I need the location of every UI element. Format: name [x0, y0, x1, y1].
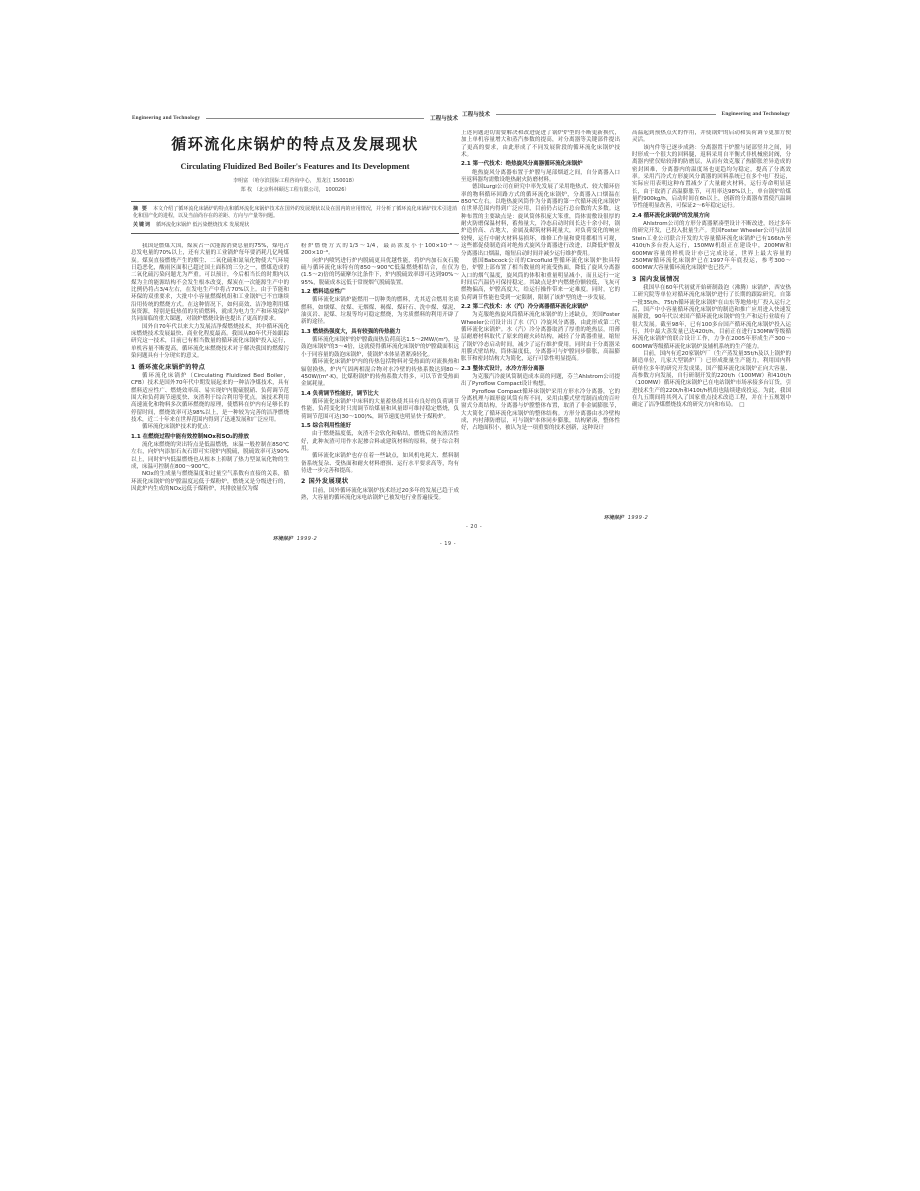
running-header-en: Engineering and Technology [722, 111, 790, 117]
section-heading: 1.1 在燃烧过程中能有效控制NOx和SO₂的排放 [131, 434, 289, 441]
journal-issue: 1999·2 [628, 515, 649, 521]
page-number: - 19 - [440, 541, 456, 547]
keywords-label: 关键词 [133, 222, 151, 228]
article-title: 循环流化床锅炉的特点及发展现状 [130, 133, 460, 154]
abstract-text: 本文介绍了循环流化床锅炉的特点和循环流化床锅炉技术在国外的发展现状以及在国内的应… [133, 206, 457, 220]
body-paragraph: 循环流化床锅炉的炉膛截面热负荷高达1.5～2MW/(m²)，是鼓泡床锅炉的3～4… [301, 337, 459, 359]
page-20: 工程与技术 Engineering and Technology 上述问题迫切需… [460, 105, 792, 543]
body-paragraph: 循环流化床锅炉技术的优点： [131, 424, 289, 431]
section-heading: 2.3 整体式设计，水冷方形分离器 [461, 366, 620, 373]
page-number: - 20 - [466, 524, 482, 530]
abstract: 摘 要本文介绍了循环流化床锅炉的特点和循环流化床锅炉技术在国外的发展现状以及在国… [133, 206, 457, 221]
keywords-text: 循环流化床锅炉 低污染燃烧技术 发展现状 [156, 222, 249, 228]
header-rule [206, 118, 424, 119]
running-header-zh: 工程与技术 [462, 110, 490, 118]
section-heading: 1.3 燃烧热强度大，具有较强的传热能力 [301, 329, 459, 336]
author-line: 郑 枚 （北京科林颐达工程有限公司， 100026） [130, 186, 460, 193]
journal-name: 环境保护 [273, 536, 293, 542]
section-heading: 1 循环流化床锅炉的特点 [131, 364, 289, 371]
running-header-en: Engineering and Technology [132, 115, 200, 121]
header-rule [496, 114, 716, 115]
page-19: Engineering and Technology 工程与技术 循环流化床锅炉… [130, 110, 460, 558]
running-header: Engineering and Technology 工程与技术 [132, 114, 458, 122]
body-paragraph: 为克服汽冷旋风筒制造成本高的问题，芬兰Ahlstrom公司提出了Pyroflow… [461, 374, 620, 389]
body-paragraph: 为克服绝热旋风筒循环流化床锅炉的上述缺点，美国Foster Wheeler公司设… [461, 312, 620, 363]
text-column: 粉炉燃烧方式的1/3～1/4，最高浓度小于100×10⁻⁶～200×10⁻⁶。 … [301, 243, 459, 535]
section-heading: 1.5 综合利用性能好 [301, 423, 459, 430]
body-paragraph: 高温起到预热点火的作用，并使锅炉的启动和负荷调节更加方便灵活。 [632, 130, 791, 145]
body-paragraph: 绝热旋风分离器布置于炉膛与尾部烟道之间，自分离器入口至返料器均需敷设绝热耐火防磨… [461, 170, 620, 185]
article-title-en: Circulating Fluidized Bed Boiler's Featu… [130, 162, 460, 171]
body-paragraph: 我国早在60年代初就开始研制鼓泡（沸腾）床锅炉，西安热工研究院等单位对循环流化床… [632, 285, 791, 351]
body-paragraph: 向炉内喷钙进行炉内脱硫更具优越性能，将炉内加石灰石脱硫与循环流化床特有的850～… [301, 258, 459, 287]
section-heading: 2.4 循环流化床锅炉的发展方向 [632, 213, 791, 220]
section-heading: 2.1 第一代技术：绝热旋风分离器循环流化床锅炉 [461, 161, 620, 168]
abstract-label: 摘 要 [133, 206, 148, 212]
journal-issue: 1999·2 [297, 536, 318, 542]
journal-footer: 环境保护1999·2 [130, 535, 460, 542]
running-header-zh: 工程与技术 [430, 114, 458, 122]
journal-footer: 环境保护1999·2 [460, 514, 792, 521]
body-columns: 我国是燃煤大国，煤炭占一次能源消费总量的75%，煤电占总发电量的70%以上，还有… [131, 243, 459, 535]
text-column: 我国是燃煤大国，煤炭占一次能源消费总量的75%，煤电占总发电量的70%以上，还有… [131, 243, 289, 535]
body-paragraph: 循环流化床锅炉炉内的传热包括物料对受热面的对流换热和辐射换热，炉内气固两相混合物… [301, 359, 459, 388]
body-paragraph: 德国Lurgi公司在研究中率先发展了采用绝热式、较大循环倍率的物料循环回路方式的… [461, 184, 620, 257]
body-paragraph: 该内件等已逐步成熟：分离器置于炉膛与尾部竖井之间，同时形成一个很大的回料腿，返料… [632, 145, 791, 211]
body-paragraph: 目前，国外循环流化床锅炉技术经过20多年的发展已趋于成熟，大容量的循环流化床电站… [301, 488, 459, 503]
body-paragraph: 德国Babcock公司的Circofluid型循环流化床锅炉独具特色，炉膛上部布… [461, 258, 620, 302]
body-paragraph: 循环流化床锅炉（Circulating Fluidized Bed Boiler… [131, 373, 289, 424]
body-paragraph: 循环流化床锅炉中床料的大量蓄热使其具有良好的负荷调节性能，负荷变化时只需调节给煤… [301, 399, 459, 421]
section-heading: 1.4 负荷调节性能好，调节比大 [301, 391, 459, 398]
body-paragraph: 粉炉燃烧方式的1/3～1/4，最高浓度小于100×10⁻⁶～200×10⁻⁶。 [301, 243, 459, 258]
body-paragraph: 循环流化床锅炉能燃用一切种类的燃料，尤其适合燃用劣质燃料，如烟煤、贫煤、无烟煤、… [301, 297, 459, 326]
section-heading: 3 国内发展情况 [632, 276, 791, 283]
body-paragraph: Pyroflow Compact循环床锅炉采用方形水冷分离器，它的分离机理与圆形… [461, 389, 620, 433]
text-column: 高温起到预热点火的作用，并使锅炉的启动和负荷调节更加方便灵活。 该内件等已逐步成… [632, 130, 791, 506]
body-paragraph: 由于燃烧温度低，灰渣不会软化和粘结，燃烧后的灰渣活性好，此种灰渣可用作水泥掺合料… [301, 431, 459, 453]
body-paragraph: 国外自70年代以来大力发展洁净煤燃烧技术，其中循环流化床燃烧技术发展最快、商业化… [131, 324, 289, 361]
body-paragraph: 循环流化床锅炉也存在着一些缺点，如风机电耗大、燃料制备系统复杂、受热面和耐火材料… [301, 453, 459, 475]
author-line: 李明富 （哈尔滨国际工程咨询中心， 黑龙江 150018） [130, 177, 460, 184]
abstract-box: 摘 要本文介绍了循环流化床锅炉的特点和循环流化床锅炉技术在国外的发展现状以及在国… [131, 201, 459, 234]
body-paragraph: Ahlstrom公司的方形分离器紧凑型设计不断改进，经过多年的研究开发，已投入批… [632, 221, 791, 272]
section-heading: 2.2 第二代技术：水（汽）冷分离器循环流化床锅炉 [461, 304, 620, 311]
body-paragraph: 上述问题迫切需要解决和改进促进了锅炉炉型的不断更新换代，加上单机容量增大和蒸汽参… [461, 130, 620, 159]
running-header: 工程与技术 Engineering and Technology [462, 110, 790, 118]
body-columns: 上述问题迫切需要解决和改进促进了锅炉炉型的不断更新换代，加上单机容量增大和蒸汽参… [461, 130, 791, 506]
section-heading: 1.2 燃料适应性广 [301, 289, 459, 296]
body-paragraph: NOx的生成量与燃烧温度和过量空气系数有直接的关系，循环流化床锅炉的炉膛温度远低… [131, 471, 289, 493]
scanned-journal-spread: Engineering and Technology 工程与技术 循环流化床锅炉… [0, 0, 920, 1191]
body-paragraph: 目前，国内有近20家锅炉厂（生产蒸发量35t/h及以上锅炉的制造单位，几家大型锅… [632, 351, 791, 410]
body-paragraph: 流化床燃烧的突出特点是低温燃烧，床温一般控制在850℃左右，向炉内添加石灰石即可… [131, 442, 289, 471]
body-paragraph: 我国是燃煤大国，煤炭占一次能源消费总量的75%，煤电占总发电量的70%以上，还有… [131, 243, 289, 324]
text-column: 上述问题迫切需要解决和改进促进了锅炉炉型的不断更新换代，加上单机容量增大和蒸汽参… [461, 130, 620, 506]
section-heading: 2 国外发展现状 [301, 478, 459, 485]
keywords: 关键词循环流化床锅炉 低污染燃烧技术 发展现状 [133, 222, 457, 230]
journal-name: 环境保护 [604, 515, 624, 521]
